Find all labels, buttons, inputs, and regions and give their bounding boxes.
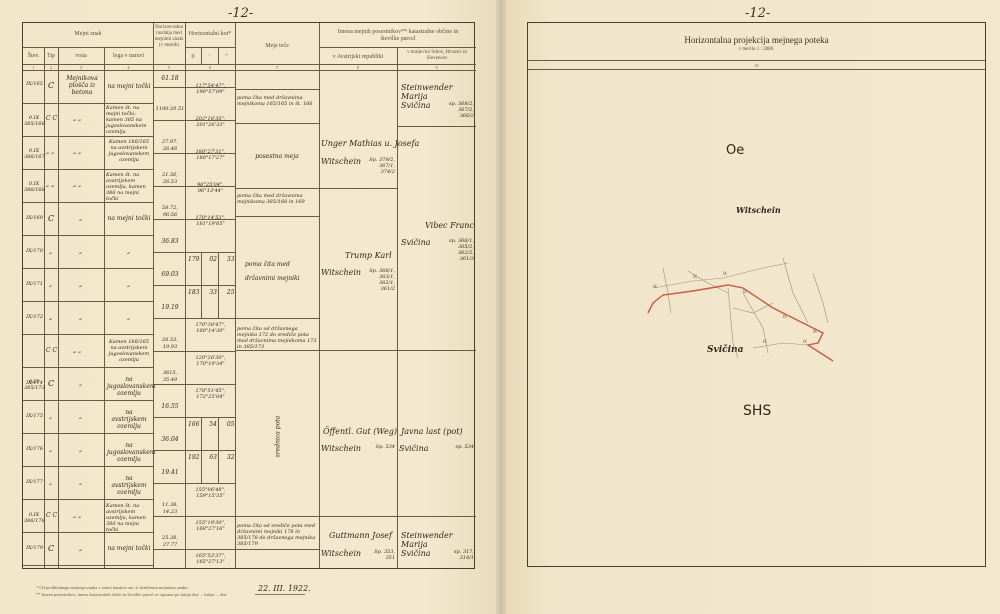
angle-value: 166 54 05: [188, 421, 235, 428]
marker-number: IX/172: [25, 314, 44, 321]
col-num: 1: [23, 64, 44, 71]
header-koti: Horizontalni kot*: [187, 31, 233, 38]
date-underline: [255, 594, 305, 595]
marker-type: „: [49, 413, 52, 420]
owner-place-austria: Witschein: [321, 444, 361, 453]
marker-number: IX/171: [25, 281, 44, 288]
marker-number: IX/176: [25, 446, 44, 453]
projection-frame: Horizontalna projekcija mejnega poteka v…: [527, 22, 986, 567]
col-num: 2: [44, 64, 58, 71]
header-horizontalna: Horizon-talna razdalja med mejnimi znaki…: [153, 25, 185, 49]
header-vrsta: vrsta: [58, 53, 104, 60]
distance-value: 21.56, 26.53: [155, 172, 185, 186]
angle-value: 120°26'30", 170°19'34": [186, 355, 235, 367]
footnote: * Od predhodnega mejnega znaka v smeri k…: [36, 585, 189, 590]
header-stev: Štev.: [23, 53, 44, 60]
header-avstrija: v Avstrijski republiki: [319, 54, 397, 61]
boundary-table: Mejni znak Štev. Tip vrsta lega v naravi…: [22, 22, 475, 569]
boundary-map: IXIXIX IXIXIX IXIX: [628, 233, 848, 373]
marker-kind: „: [79, 248, 82, 255]
distance-value: 36.04: [155, 436, 185, 443]
marker-number: IX/169: [25, 215, 44, 222]
angle-value: 178°51'45", 172°25'04": [186, 388, 235, 400]
distance-value: 1190.20.51: [155, 106, 185, 113]
owner-name-shs: Javna last (pot): [401, 427, 463, 436]
owner-parcels-shs: sp. 317, 318/1: [448, 549, 474, 561]
angle-value: 192 63 32: [188, 454, 235, 461]
boundary-description: poma čita med državnima mejnikoma 165/16…: [237, 95, 317, 107]
marker-position: na mejni točki: [107, 215, 151, 222]
marker-position: Kamen št. na avstrijskem ozemlju, kamen …: [106, 503, 152, 533]
distance-value: 27.97, 26.46: [155, 139, 185, 153]
marker-type: „ „: [46, 148, 54, 155]
projection-title: Horizontalna projekcija mejnega poteka: [528, 35, 985, 45]
marker-type: „: [49, 248, 52, 255]
boundary-description: poma čita med državnimi mejniki: [245, 258, 311, 286]
owner-parcels-shs: sp. 534: [448, 444, 474, 450]
marker-kind: „: [79, 380, 82, 387]
marker-type: „: [49, 479, 52, 486]
marker-position: „: [127, 248, 130, 255]
col-num: 5: [153, 64, 185, 71]
angle-value: 170°38'47", 160°14'30": [186, 322, 235, 334]
marker-type: „: [49, 314, 52, 321]
distance-value: 69.03: [155, 271, 185, 278]
right-page: -12- Horizontalna projekcija mejnega pot…: [500, 0, 1000, 614]
marker-type: C C: [46, 512, 57, 519]
distance-value: 25.38, 27.77: [155, 535, 185, 549]
marker-kind: „: [79, 281, 82, 288]
austria-town-label: Witschein: [736, 205, 781, 215]
col-num: 4: [104, 64, 153, 71]
distance-value: 16.55: [155, 403, 185, 410]
distance-value: 61.18: [155, 75, 185, 82]
owner-parcels-austria: Sp. 368/1, 363/1, 362/1, 361/2: [369, 268, 395, 292]
page-number: -12-: [745, 6, 770, 21]
marker-kind: „ „: [73, 115, 81, 122]
header-shs: v kraljevini Srbov, Hrvatov in Slovencev: [399, 50, 475, 62]
header-tip: Tip: [44, 53, 58, 60]
marker-position: „: [127, 281, 130, 288]
page-number: -12-: [228, 6, 253, 21]
marker-position: na avstrijskem ozemlju: [107, 409, 151, 430]
owner-parcels-austria: Sp. 379/2, 367/1, 374/2: [369, 157, 395, 175]
angle-value: 179 02 33: [188, 256, 235, 263]
header-imena: Imena mejnih posestnikov** katastralne o…: [333, 29, 463, 43]
header-mejni-znak: Mejni znak: [23, 31, 153, 38]
owner-place-austria: Witschein: [321, 268, 361, 277]
marker-type: „: [49, 446, 52, 453]
shs-code-label: SHS: [743, 403, 771, 419]
marker-number: IX/165: [25, 81, 44, 88]
angle-value: 170°14'53", 181°19'05": [186, 215, 235, 227]
col-num: 10: [528, 63, 985, 68]
marker-type: C C: [46, 347, 57, 354]
owner-place-shs: Svičina: [399, 444, 429, 453]
marker-number: IX/170: [25, 248, 44, 255]
distance-value: 3615, 35.49: [155, 370, 185, 384]
header-meja-tece: Meja teče: [235, 43, 319, 50]
header-kot-sec: ": [218, 54, 235, 61]
header-kot-min: ': [201, 54, 218, 61]
svg-text:IX: IX: [693, 274, 697, 279]
owner-place-austria: Witschein: [321, 157, 361, 166]
marker-number: IX/175: [25, 413, 44, 420]
marker-kind: „ „: [73, 512, 81, 519]
marker-type: „ „: [46, 181, 54, 188]
header-lega: lega v naravi: [104, 53, 153, 60]
marker-kind: „: [79, 446, 82, 453]
austria-code-label: Oe: [726, 143, 744, 158]
marker-number: 0.IX 386/168: [24, 181, 44, 193]
angle-value: 96°25'04", 96°13'44": [186, 182, 235, 194]
footnote: ** Imena posestnikov, imena katastralnih…: [36, 592, 227, 597]
svg-text:IX: IX: [653, 284, 657, 289]
owner-place-shs: Svičina: [401, 549, 431, 558]
marker-kind: „ „: [73, 181, 81, 188]
angle-value: 155°19'30", 168°27'16": [186, 520, 235, 532]
marker-position: na mejni točki: [107, 83, 151, 90]
marker-type: C C: [46, 115, 57, 122]
owner-parcels-shs: sp. 366/1, 365/2, 362/2, 361/3: [448, 238, 474, 262]
marker-number: IX/179: [25, 545, 44, 552]
owner-place-austria: Witschein: [321, 549, 361, 558]
distance-value: 58.72, 96.56: [155, 205, 185, 219]
owner-parcels-shs: sp. 368/2, 367/2, 366/2: [448, 101, 474, 119]
marker-kind: „ „: [73, 148, 81, 155]
svg-text:IX: IX: [723, 271, 727, 276]
angle-value: 202°18'35", 201°26'33": [186, 116, 235, 128]
boundary-description: posestna meja: [237, 153, 317, 160]
marker-position: na jugoslovanskem ozemlju: [107, 442, 151, 463]
angle-value: 165°53'37", 165°27'13": [186, 553, 235, 565]
marker-type: C: [48, 544, 54, 553]
boundary-description-rotated: srednica pota: [275, 412, 282, 462]
owner-parcels-austria: Sp. 534: [369, 444, 395, 450]
boundary-description: poma čita od srediče pota med državnimi …: [237, 523, 317, 547]
distance-value: 19.41: [155, 469, 185, 476]
marker-kind: „: [79, 413, 82, 420]
angle-value: 155°06'48", 159°15'35": [186, 487, 235, 499]
owner-name-austria: Unger Mathias u. Josefa: [321, 139, 419, 148]
angle-value: 180°27'31", 180°17'27": [186, 149, 235, 161]
col-num: 6: [185, 64, 235, 71]
marker-number: 0.IX 386/167: [24, 148, 44, 160]
boundary-description: poma čita od državnega mejnika 172 do sr…: [237, 326, 317, 350]
marker-kind: „: [79, 545, 82, 552]
owner-place-shs: Svičina: [401, 101, 431, 110]
marker-type: C: [48, 214, 54, 223]
marker-position: Kamen št. na avstrijskem ozemlju, kamen …: [106, 172, 152, 202]
distance-value: 26.53, 19.93: [155, 337, 185, 351]
document-date: 22. III. 1922.: [258, 584, 311, 593]
marker-kind: „: [79, 314, 82, 321]
col-num: 7: [235, 64, 319, 71]
owner-place-shs: Svičina: [401, 238, 431, 247]
marker-type: C: [48, 81, 54, 90]
svg-text:IX: IX: [803, 339, 807, 344]
book-gutter: [496, 0, 506, 614]
boundary-description: poma čita med državnima mejnikoma 385/16…: [237, 193, 317, 205]
owner-name-shs: Steinwender Marija: [401, 83, 474, 101]
col-num: 8: [319, 64, 397, 71]
marker-position: na avstrijskem ozemlju: [107, 475, 151, 496]
owner-name-austria: Guttmann Josef: [329, 531, 392, 540]
owner-name-shs: Steinwender Marija: [401, 531, 474, 549]
owner-name-shs: Vibec Franc: [425, 221, 474, 230]
marker-kind: „: [79, 479, 82, 486]
projection-scale: v merilu 1 : 2880.: [528, 47, 985, 52]
marker-position: Kamen 166/165 na avstrijskem jugoslovans…: [106, 139, 152, 163]
header-kot-deg: 0: [185, 54, 201, 61]
marker-position: Kamen 166/165 na avstrijskem jugoslovans…: [106, 339, 152, 363]
angle-value: 117°54'47", 190°57'09": [186, 83, 235, 95]
marker-kind: „: [79, 215, 82, 222]
owner-name-austria: Trump Karl: [345, 251, 392, 260]
owner-parcels-austria: Sp. 353, 351: [369, 549, 395, 561]
marker-number: IX/177: [25, 479, 44, 486]
marker-type: „: [49, 281, 52, 288]
marker-number: 0.IX 386/178: [24, 512, 44, 524]
col-num: 9: [397, 64, 476, 71]
angle-value: 183 33 25: [188, 289, 235, 296]
marker-position: na jugoslovanskem ozemlju: [107, 376, 151, 397]
marker-position: „: [127, 314, 130, 321]
marker-type: C: [48, 379, 54, 388]
svg-text:IX: IX: [763, 339, 767, 344]
distance-value: 36.83: [155, 238, 185, 245]
marker-number: 0.IX 385/166: [24, 115, 44, 127]
marker-number: IX/174: [25, 380, 44, 387]
marker-kind: Mejnikova plošča iz betona: [61, 75, 103, 96]
marker-position: na mejni točki: [107, 545, 151, 552]
distance-value: 19.19: [155, 304, 185, 311]
marker-position: Kamen št. na mejni točki; kamen 385 na j…: [106, 105, 152, 135]
distance-value: 11.38, 14.23: [155, 502, 185, 516]
left-page: -12- Mejni znak Štev. Tip vrsta lega v n…: [0, 0, 500, 614]
owner-name-austria: Öffentl. Gut (Weg): [323, 427, 397, 436]
marker-kind: „ „: [73, 347, 81, 354]
col-num: 3: [58, 64, 104, 71]
